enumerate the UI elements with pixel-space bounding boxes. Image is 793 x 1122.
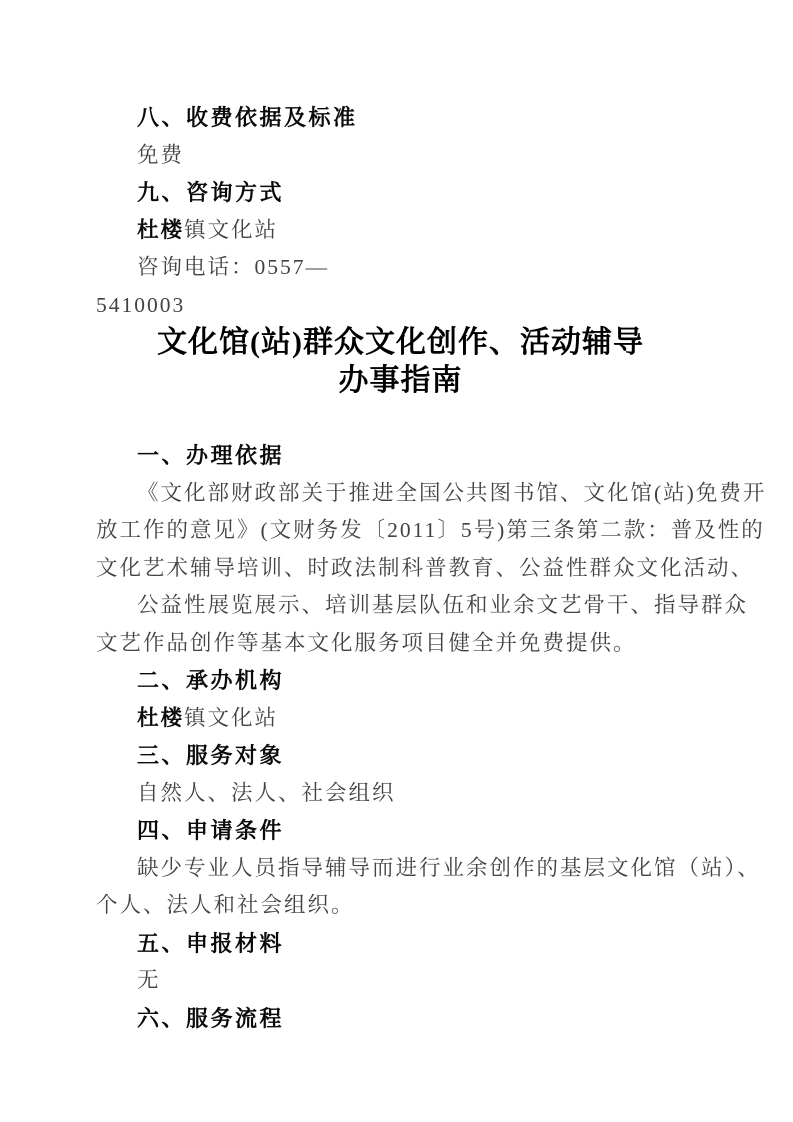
body-line-basis-4: 公益性展览展示、培训基层队伍和业余文艺骨干、指导群众 bbox=[96, 587, 705, 625]
section-heading-basis: 一、办理依据 bbox=[96, 437, 705, 475]
document-title-line2: 办事指南 bbox=[96, 362, 705, 400]
body-line-conditions-2: 个人、法人和社会组织。 bbox=[96, 887, 705, 925]
document-content: 八、收费依据及标准 免费 九、咨询方式 杜楼镇文化站 咨询电话：0557— 54… bbox=[0, 0, 793, 1037]
section-heading-fees: 八、收费依据及标准 bbox=[96, 99, 705, 137]
document-page: 八、收费依据及标准 免费 九、咨询方式 杜楼镇文化站 咨询电话：0557— 54… bbox=[0, 0, 793, 1122]
document-title: 文化馆(站)群众文化创作、活动辅导 办事指南 bbox=[96, 324, 705, 400]
org-name-rest: 镇文化站 bbox=[184, 706, 278, 730]
section-heading-audience: 三、服务对象 bbox=[96, 737, 705, 775]
section-heading-materials: 五、申报材料 bbox=[96, 925, 705, 963]
body-line-basis-3: 文化艺术辅导培训、时政法制科普教育、公益性群众文化活动、 bbox=[96, 550, 705, 588]
body-line-basis-5: 文艺作品创作等基本文化服务项目健全并免费提供。 bbox=[96, 625, 705, 663]
body-line-conditions-1: 缺少专业人员指导辅导而进行业余创作的基层文化馆（站）、 bbox=[96, 850, 705, 888]
section-heading-process: 六、服务流程 bbox=[96, 1000, 705, 1038]
section-heading-undertaker: 二、承办机构 bbox=[96, 662, 705, 700]
body-line-phone-continued: 5410003 bbox=[96, 287, 705, 325]
body-line-org-2: 杜楼镇文化站 bbox=[96, 700, 705, 738]
section-heading-conditions: 四、申请条件 bbox=[96, 812, 705, 850]
body-line-phone: 咨询电话：0557— bbox=[96, 249, 705, 287]
section-heading-consultation: 九、咨询方式 bbox=[96, 174, 705, 212]
body-line-org: 杜楼镇文化站 bbox=[96, 212, 705, 250]
body-line-basis-2: 放工作的意见》(文财务发〔2011〕5号)第三条第二款：普及性的 bbox=[96, 512, 705, 550]
body-line-basis-1: 《文化部财政部关于推进全国公共图书馆、文化馆(站)免费开 bbox=[96, 475, 705, 513]
org-name-bold: 杜楼 bbox=[137, 706, 184, 730]
org-name-rest: 镇文化站 bbox=[184, 218, 278, 242]
body-line-audience: 自然人、法人、社会组织 bbox=[96, 775, 705, 813]
body-line-materials: 无 bbox=[96, 962, 705, 1000]
org-name-bold: 杜楼 bbox=[137, 218, 184, 242]
document-title-line1: 文化馆(站)群众文化创作、活动辅导 bbox=[96, 324, 705, 362]
body-line-free: 免费 bbox=[96, 137, 705, 175]
